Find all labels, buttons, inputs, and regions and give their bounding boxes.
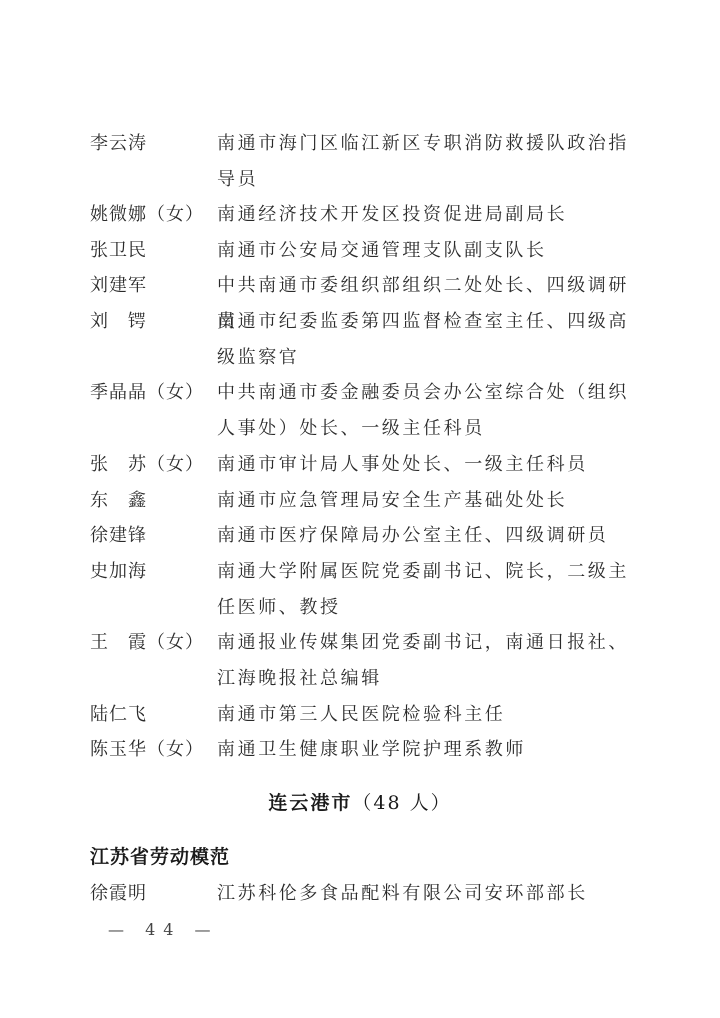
category-heading: 江苏省劳动模范 [90,842,230,869]
person-name: 王 霞（女） [90,625,217,661]
person-name: 徐霞明 [90,876,217,912]
page-number: — 44 — [108,920,219,939]
person-title: 中共南通市委金融委员会办公室综合处（组织人事处）处长、一级主任科员 [217,375,633,446]
person-name: 史加海 [90,554,217,590]
person-title: 南通市第三人民医院检验科主任 [217,697,633,733]
person-title: 南通大学附属医院党委副书记、院长，二级主任医师、教授 [217,554,633,625]
person-name: 东 鑫 [90,483,217,519]
person-name: 李云涛 [90,126,217,162]
city-name: 连云港市 [268,792,352,814]
person-title: 南通市纪委监委第四监督检查室主任、四级高级监察官 [217,304,633,375]
document-page: 李云涛 南通市海门区临江新区专职消防救援队政治指导员 姚微娜（女） 南通经济技术… [0,0,720,1018]
person-name: 刘 锷 [90,304,217,340]
person-title: 江苏科伦多食品配料有限公司安环部部长 [217,876,633,912]
person-title: 南通市审计局人事处处长、一级主任科员 [217,447,633,483]
person-title: 南通市医疗保障局办公室主任、四级调研员 [217,518,633,554]
person-title: 南通市应急管理局安全生产基础处处长 [217,483,633,519]
person-name: 张卫民 [90,233,217,269]
person-name: 徐建锋 [90,518,217,554]
person-name: 季晶晶（女） [90,375,217,411]
person-title: 南通报业传媒集团党委副书记，南通日报社、江海晚报社总编辑 [217,625,633,696]
list-item: 李云涛 南通市海门区临江新区专职消防救援队政治指导员 [90,126,635,198]
person-name: 姚微娜（女） [90,197,217,233]
person-name: 陈玉华（女） [90,732,217,768]
person-name: 陆仁飞 [90,697,217,733]
person-title: 南通市公安局交通管理支队副支队长 [217,233,633,269]
person-title: 南通卫生健康职业学院护理系教师 [217,732,633,768]
person-title: 南通市海门区临江新区专职消防救援队政治指导员 [217,126,633,197]
person-name: 刘建军 [90,268,217,304]
city-count: （48 人） [352,792,451,814]
city-section-heading: 连云港市（48 人） [0,788,720,815]
person-name: 张 苏（女） [90,447,217,483]
person-title: 南通经济技术开发区投资促进局副局长 [217,197,633,233]
